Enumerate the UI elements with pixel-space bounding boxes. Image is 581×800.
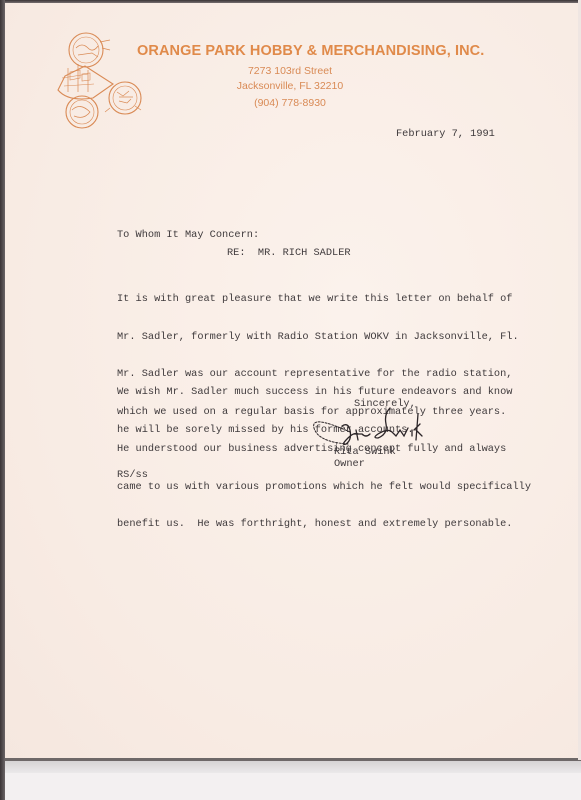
company-address: 7273 103rd Street Jacksonville, FL 32210… bbox=[200, 64, 380, 111]
company-phone: (904) 778-8930 bbox=[200, 96, 380, 111]
body-line: We wish Mr. Sadler much success in his f… bbox=[117, 386, 512, 399]
coins-and-ship-illustration-icon bbox=[38, 30, 143, 130]
salutation: To Whom It May Concern: bbox=[117, 229, 259, 242]
body-line: Mr. Sadler, formerly with Radio Station … bbox=[117, 331, 531, 344]
address-city: Jacksonville, FL 32210 bbox=[200, 79, 380, 94]
body-line: benefit us. He was forthright, honest an… bbox=[117, 518, 531, 531]
signer-title: Owner bbox=[334, 458, 365, 471]
subject-line: RE: MR. RICH SADLER bbox=[227, 247, 351, 260]
scanner-left-edge bbox=[0, 0, 5, 800]
letter-date: February 7, 1991 bbox=[396, 128, 495, 141]
address-street: 7273 103rd Street bbox=[200, 64, 380, 79]
body-line: came to us with various promotions which… bbox=[117, 481, 531, 494]
company-name: ORANGE PARK HOBBY & MERCHANDISING, INC. bbox=[137, 43, 557, 59]
body-line: It is with great pleasure that we write … bbox=[117, 293, 531, 306]
scanner-bed bbox=[5, 761, 581, 773]
signer-name: Rita Swink bbox=[334, 446, 396, 459]
reference-initials: RS/ss bbox=[117, 469, 148, 482]
